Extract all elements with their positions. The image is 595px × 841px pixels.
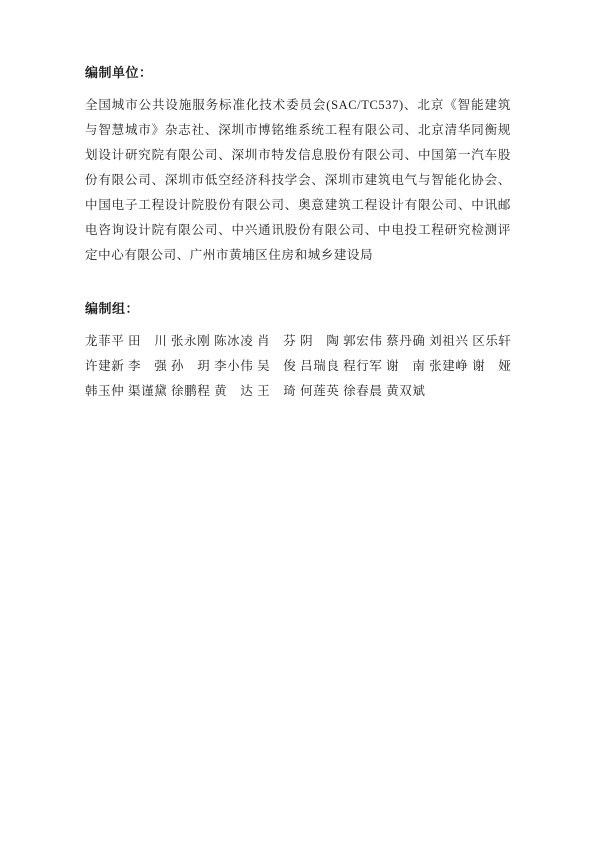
section-compilation-units: 编制单位： 全国城市公共设施服务标准化技术委员会(SAC/TC537)、北京《智… (85, 63, 511, 268)
name-line: 龙菲平 田 川 张永刚 陈冰凌 肖 芬 阴 陶 郭宏伟 蔡丹确 刘祖兴 区乐轩 (85, 329, 511, 354)
name-line: 韩玉仲 渠谨黛 徐鹏程 黄 达 王 琦 何莲英 徐春晨 黄双斌 (85, 379, 511, 404)
compilation-group-names: 龙菲平 田 川 张永刚 陈冰凌 肖 芬 阴 陶 郭宏伟 蔡丹确 刘祖兴 区乐轩 … (85, 329, 511, 404)
compilation-units-paragraph: 全国城市公共设施服务标准化技术委员会(SAC/TC537)、北京《智能建筑与智慧… (85, 93, 511, 268)
compilation-group-heading: 编制组： (85, 299, 511, 318)
compilation-units-heading: 编制单位： (85, 63, 511, 82)
name-line: 许建新 李 强 孙 玥 李小伟 吴 俊 吕瑞良 程行军 谢 南 张建峥 谢 娅 (85, 354, 511, 379)
document-page: 编制单位： 全国城市公共设施服务标准化技术委员会(SAC/TC537)、北京《智… (0, 0, 595, 841)
section-compilation-group: 编制组： 龙菲平 田 川 张永刚 陈冰凌 肖 芬 阴 陶 郭宏伟 蔡丹确 刘祖兴… (85, 299, 511, 404)
